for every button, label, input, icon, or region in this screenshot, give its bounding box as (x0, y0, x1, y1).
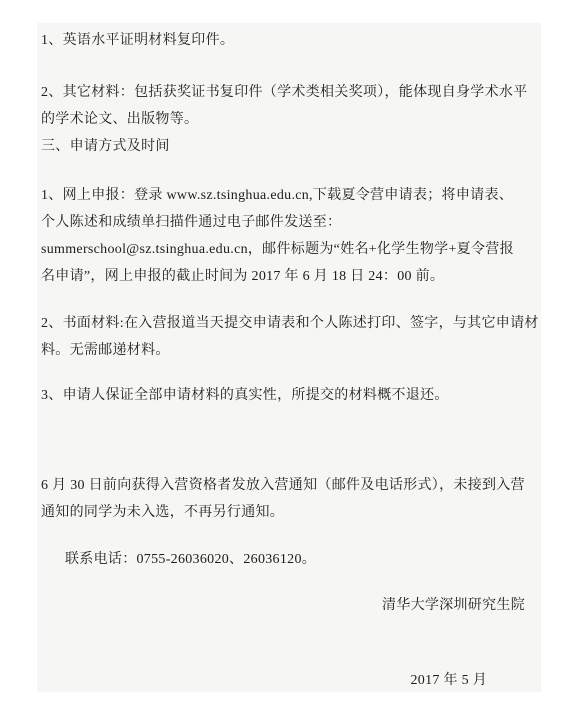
line-online-application-1: 1、网上申报：登录 www.sz.tsinghua.edu.cn,下载夏令营申请… (41, 182, 541, 209)
line-item1-english-proof: 1、英语水平证明材料复印件。 (41, 27, 541, 54)
line-paper-materials-2: 料。无需邮递材料。 (41, 337, 541, 364)
line-admission-notice-2: 通知的同学为未入选，不再另行通知。 (41, 499, 541, 526)
paragraph-gap (41, 290, 541, 310)
paragraph-gap (41, 573, 541, 592)
paragraph-gap (41, 54, 541, 79)
paragraph-gap (41, 364, 541, 382)
document-page: 1、英语水平证明材料复印件。 2、其它材料：包括获奖证书复印件（学术类相关奖项）… (37, 23, 541, 692)
section-gap (41, 409, 541, 472)
paragraph-gap (41, 619, 541, 667)
line-signature-institution: 清华大学深圳研究生院 (41, 592, 541, 619)
line-item2-other-materials-1: 2、其它材料：包括获奖证书复印件（学术类相关奖项），能体现自身学术水平 (41, 79, 541, 106)
line-admission-notice-1: 6 月 30 日前向获得入营资格者发放入营通知（邮件及电话形式），未接到入营 (41, 472, 541, 499)
line-item2-other-materials-2: 的学术论文、出版物等。 (41, 106, 541, 133)
line-contact-phone: 联系电话：0755-26036020、26036120。 (41, 546, 541, 573)
line-item3-authenticity: 3、申请人保证全部申请材料的真实性，所提交的材料概不退还。 (41, 382, 541, 409)
line-section3-heading: 三、申请方式及时间 (41, 133, 541, 160)
paragraph-gap (41, 160, 541, 182)
line-online-application-2: 个人陈述和成绩单扫描件通过电子邮件发送至： (41, 209, 541, 236)
line-online-application-email: summerschool@sz.tsinghua.edu.cn，邮件标题为“姓名… (41, 236, 541, 263)
line-paper-materials-1: 2、书面材料:在入营报道当天提交申请表和个人陈述打印、签字，与其它申请材 (41, 310, 541, 337)
line-online-application-deadline: 名申请”，网上申报的截止时间为 2017 年 6 月 18 日 24：00 前。 (41, 263, 541, 290)
paragraph-gap (41, 526, 541, 546)
line-signature-date: 2017 年 5 月 (41, 667, 541, 694)
